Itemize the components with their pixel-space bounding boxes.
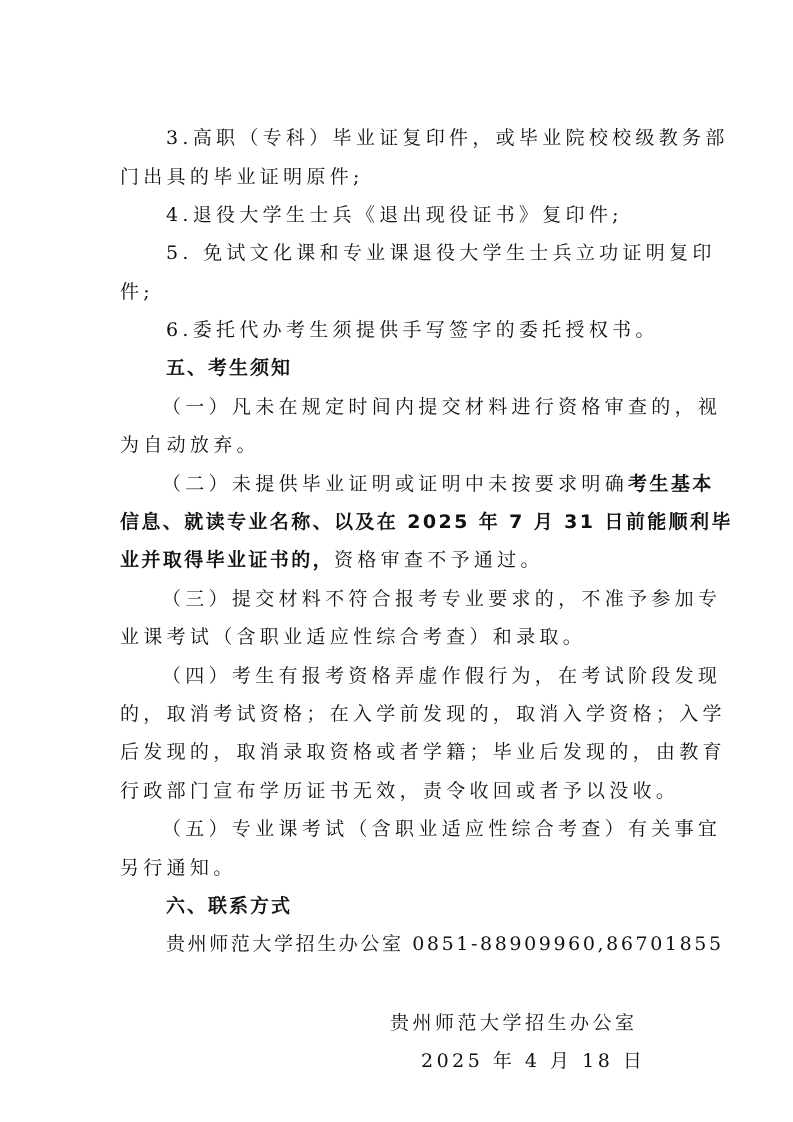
- notice-4-line-1: （四）考生有报考资格弄虚作假行为，在考试阶段发现: [162, 664, 721, 688]
- item-3-line-1: 3.高职（专科）毕业证复印件，或毕业院校校级教务部: [166, 126, 729, 150]
- item-4: 4.退役大学生士兵《退出现役证书》复印件;: [166, 203, 623, 227]
- notice-2-result: 资格审查不予通过。: [334, 549, 544, 571]
- notice-2-text: （二）未提供毕业证明或证明中未按要求明确: [162, 473, 628, 495]
- notice-4-line-4: 行政部门宣布学历证书无效，责令收回或者予以没收。: [120, 779, 679, 803]
- section-5-heading: 五、考生须知: [166, 356, 292, 380]
- notice-4-line-3: 后发现的，取消录取资格或者学籍；毕业后发现的，由教育: [120, 740, 726, 764]
- item-5-line-2: 件;: [120, 280, 154, 304]
- notice-2-emphasis-end: 业并取得毕业证书的，: [120, 549, 334, 571]
- notice-1-line-1: （一）凡未在规定时间内提交材料进行资格审查的，视: [162, 395, 721, 419]
- item-5-line-1: 5. 免试文化课和专业课退役大学生士兵立功证明复印: [166, 241, 716, 265]
- notice-5-line-2: 另行通知。: [120, 856, 237, 880]
- contact-info: 贵州师范大学招生办公室 0851-88909960,86701855: [166, 932, 724, 956]
- document-page: 3.高职（专科）毕业证复印件，或毕业院校校级教务部 门出具的毕业证明原件; 4.…: [0, 0, 793, 1122]
- notice-2-line-3: 业并取得毕业证书的，资格审查不予通过。: [120, 548, 544, 572]
- notice-2-emphasis: 考生基本: [628, 473, 714, 495]
- notice-3-line-1: （三）提交材料不符合报考专业要求的，不准予参加专: [162, 587, 721, 611]
- signature-date: 2025 年 4 月 18 日: [421, 1049, 645, 1073]
- notice-3-line-2: 业课考试（含职业适应性综合考查）和录取。: [120, 625, 586, 649]
- notice-4-line-2: 的，取消考试资格；在入学前发现的，取消入学资格；入学: [120, 702, 726, 726]
- notice-2-line-2: 信息、就读专业名称、以及在 2025 年 7 月 31 日前能顺利毕: [120, 510, 733, 534]
- notice-2-line-1: （二）未提供毕业证明或证明中未按要求明确考生基本: [162, 472, 714, 496]
- item-6: 6.委托代办考生须提供手写签字的委托授权书。: [166, 318, 659, 342]
- notice-1-line-2: 为自动放弃。: [120, 433, 260, 457]
- notice-5-line-1: （五）专业课考试（含职业适应性综合考查）有关事宜: [162, 817, 721, 841]
- item-3-line-2: 门出具的毕业证明原件;: [120, 165, 364, 189]
- signature-office: 贵州师范大学招生办公室: [390, 1011, 638, 1035]
- section-6-heading: 六、联系方式: [166, 894, 292, 918]
